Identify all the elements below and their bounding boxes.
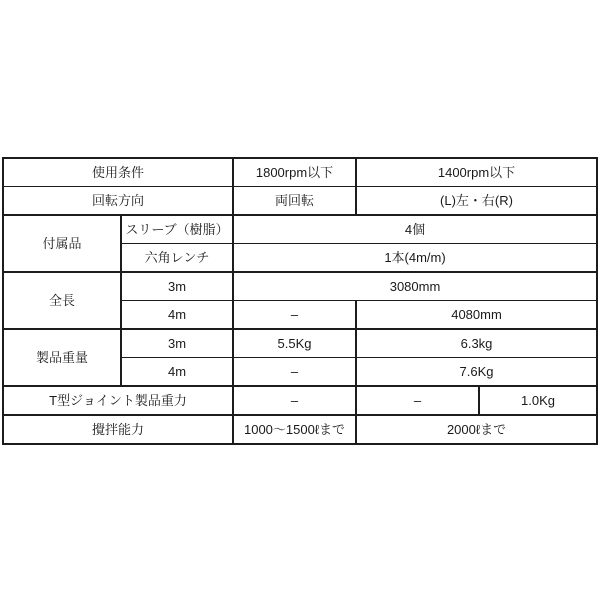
accessories-sleeve-value: 4個 [233,215,597,244]
weight-3m-label: 3m [121,329,233,358]
weight-4m-value-2: 7.6Kg [356,358,597,387]
rotation-direction-value-1: 両回転 [233,187,356,216]
row-length-3m: 全長 3m 3080mm [3,272,597,301]
mixing-capacity-value-1: 1000〜1500ℓまで [233,415,356,444]
tjoint-weight-value-2: – [356,386,479,415]
accessories-wrench-label: 六角レンチ [121,244,233,273]
tjoint-weight-value-3: 1.0Kg [479,386,597,415]
row-mixing-capacity: 攪拌能力 1000〜1500ℓまで 2000ℓまで [3,415,597,444]
weight-3m-value-2: 6.3kg [356,329,597,358]
row-usage-conditions: 使用条件 1800rpm以下 1400rpm以下 [3,158,597,187]
row-tjoint-weight: T型ジョイント製品重力 – – 1.0Kg [3,386,597,415]
rotation-direction-value-2: (L)左・右(R) [356,187,597,216]
accessories-label: 付属品 [3,215,121,272]
weight-4m-value-1: – [233,358,356,387]
weight-4m-label: 4m [121,358,233,387]
usage-conditions-value-1: 1800rpm以下 [233,158,356,187]
rotation-direction-label: 回転方向 [3,187,233,216]
usage-conditions-value-2: 1400rpm以下 [356,158,597,187]
weight-3m-value-1: 5.5Kg [233,329,356,358]
usage-conditions-label: 使用条件 [3,158,233,187]
accessories-wrench-value: 1本(4m/m) [233,244,597,273]
length-3m-value: 3080mm [233,272,597,301]
length-4m-value-2: 4080mm [356,301,597,330]
row-accessories-sleeve: 付属品 スリーブ（樹脂） 4個 [3,215,597,244]
tjoint-weight-label: T型ジョイント製品重力 [3,386,233,415]
tjoint-weight-value-1: – [233,386,356,415]
row-weight-3m: 製品重量 3m 5.5Kg 6.3kg [3,329,597,358]
length-4m-value-1: – [233,301,356,330]
page: 使用条件 1800rpm以下 1400rpm以下 回転方向 両回転 (L)左・右… [0,0,600,600]
accessories-sleeve-label: スリーブ（樹脂） [121,215,233,244]
row-rotation-direction: 回転方向 両回転 (L)左・右(R) [3,187,597,216]
spec-table: 使用条件 1800rpm以下 1400rpm以下 回転方向 両回転 (L)左・右… [2,157,598,445]
weight-label: 製品重量 [3,329,121,386]
length-4m-label: 4m [121,301,233,330]
length-3m-label: 3m [121,272,233,301]
mixing-capacity-label: 攪拌能力 [3,415,233,444]
length-label: 全長 [3,272,121,329]
mixing-capacity-value-2: 2000ℓまで [356,415,597,444]
